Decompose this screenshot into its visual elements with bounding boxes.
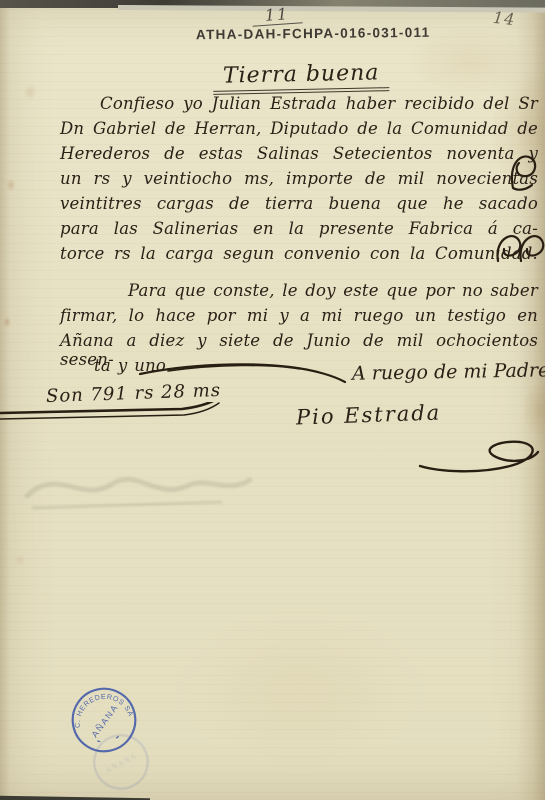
signature: Pio Estrada — [296, 400, 442, 429]
faint-stamp-impression: AÑANA — [86, 727, 156, 797]
manuscript-line: para las Salinerias en la presente Fabri… — [60, 219, 538, 244]
document-title: Tierra buena — [213, 60, 390, 95]
bleed-through-ghost — [22, 456, 262, 512]
manuscript-line: Herederos de estas Salinas Setecientos n… — [60, 144, 538, 169]
manuscript-line: un rs y veintiocho ms, importe de mil no… — [60, 169, 538, 194]
margin-double-loop-flourish — [494, 227, 545, 267]
archive-number: 11 — [251, 3, 302, 26]
attestation-note: A ruego de mi Padre — [352, 359, 545, 384]
manuscript-line: Para que conste, le doy este que por no … — [60, 281, 538, 306]
manuscript-line: veintitres cargas de tierra buena que he… — [60, 194, 538, 219]
paragraph-1: Confieso yo Julian Estrada haber recibid… — [60, 94, 538, 269]
ink-swash-flourish — [138, 358, 348, 384]
reference-code: ATHA-DAH-FCHPA-016-031-011 — [196, 25, 436, 43]
total-underline-flourish — [0, 402, 225, 424]
scan-bottom-edge — [0, 794, 150, 800]
svg-text:AÑANA: AÑANA — [104, 750, 139, 775]
manuscript-line: Añana a diez y siete de Junio de mil och… — [60, 331, 538, 356]
manuscript-line: Dn Gabriel de Herran, Diputado de la Com… — [60, 119, 538, 144]
folio-number: 14 — [492, 8, 516, 29]
manuscript-line: firmar, lo hace por mi y a mi ruego un t… — [60, 306, 538, 331]
manuscript-line: torce rs la carga segun convenio con la … — [60, 244, 538, 269]
paper: 11 ATHA-DAH-FCHPA-016-031-011 14 Tierra … — [0, 0, 545, 800]
manuscript-line: Confieso yo Julian Estrada haber recibid… — [60, 94, 538, 119]
signature-rubric-flourish — [418, 430, 542, 474]
manuscript-page: 11 ATHA-DAH-FCHPA-016-031-011 14 Tierra … — [0, 0, 545, 800]
margin-curl-flourish — [506, 150, 542, 192]
